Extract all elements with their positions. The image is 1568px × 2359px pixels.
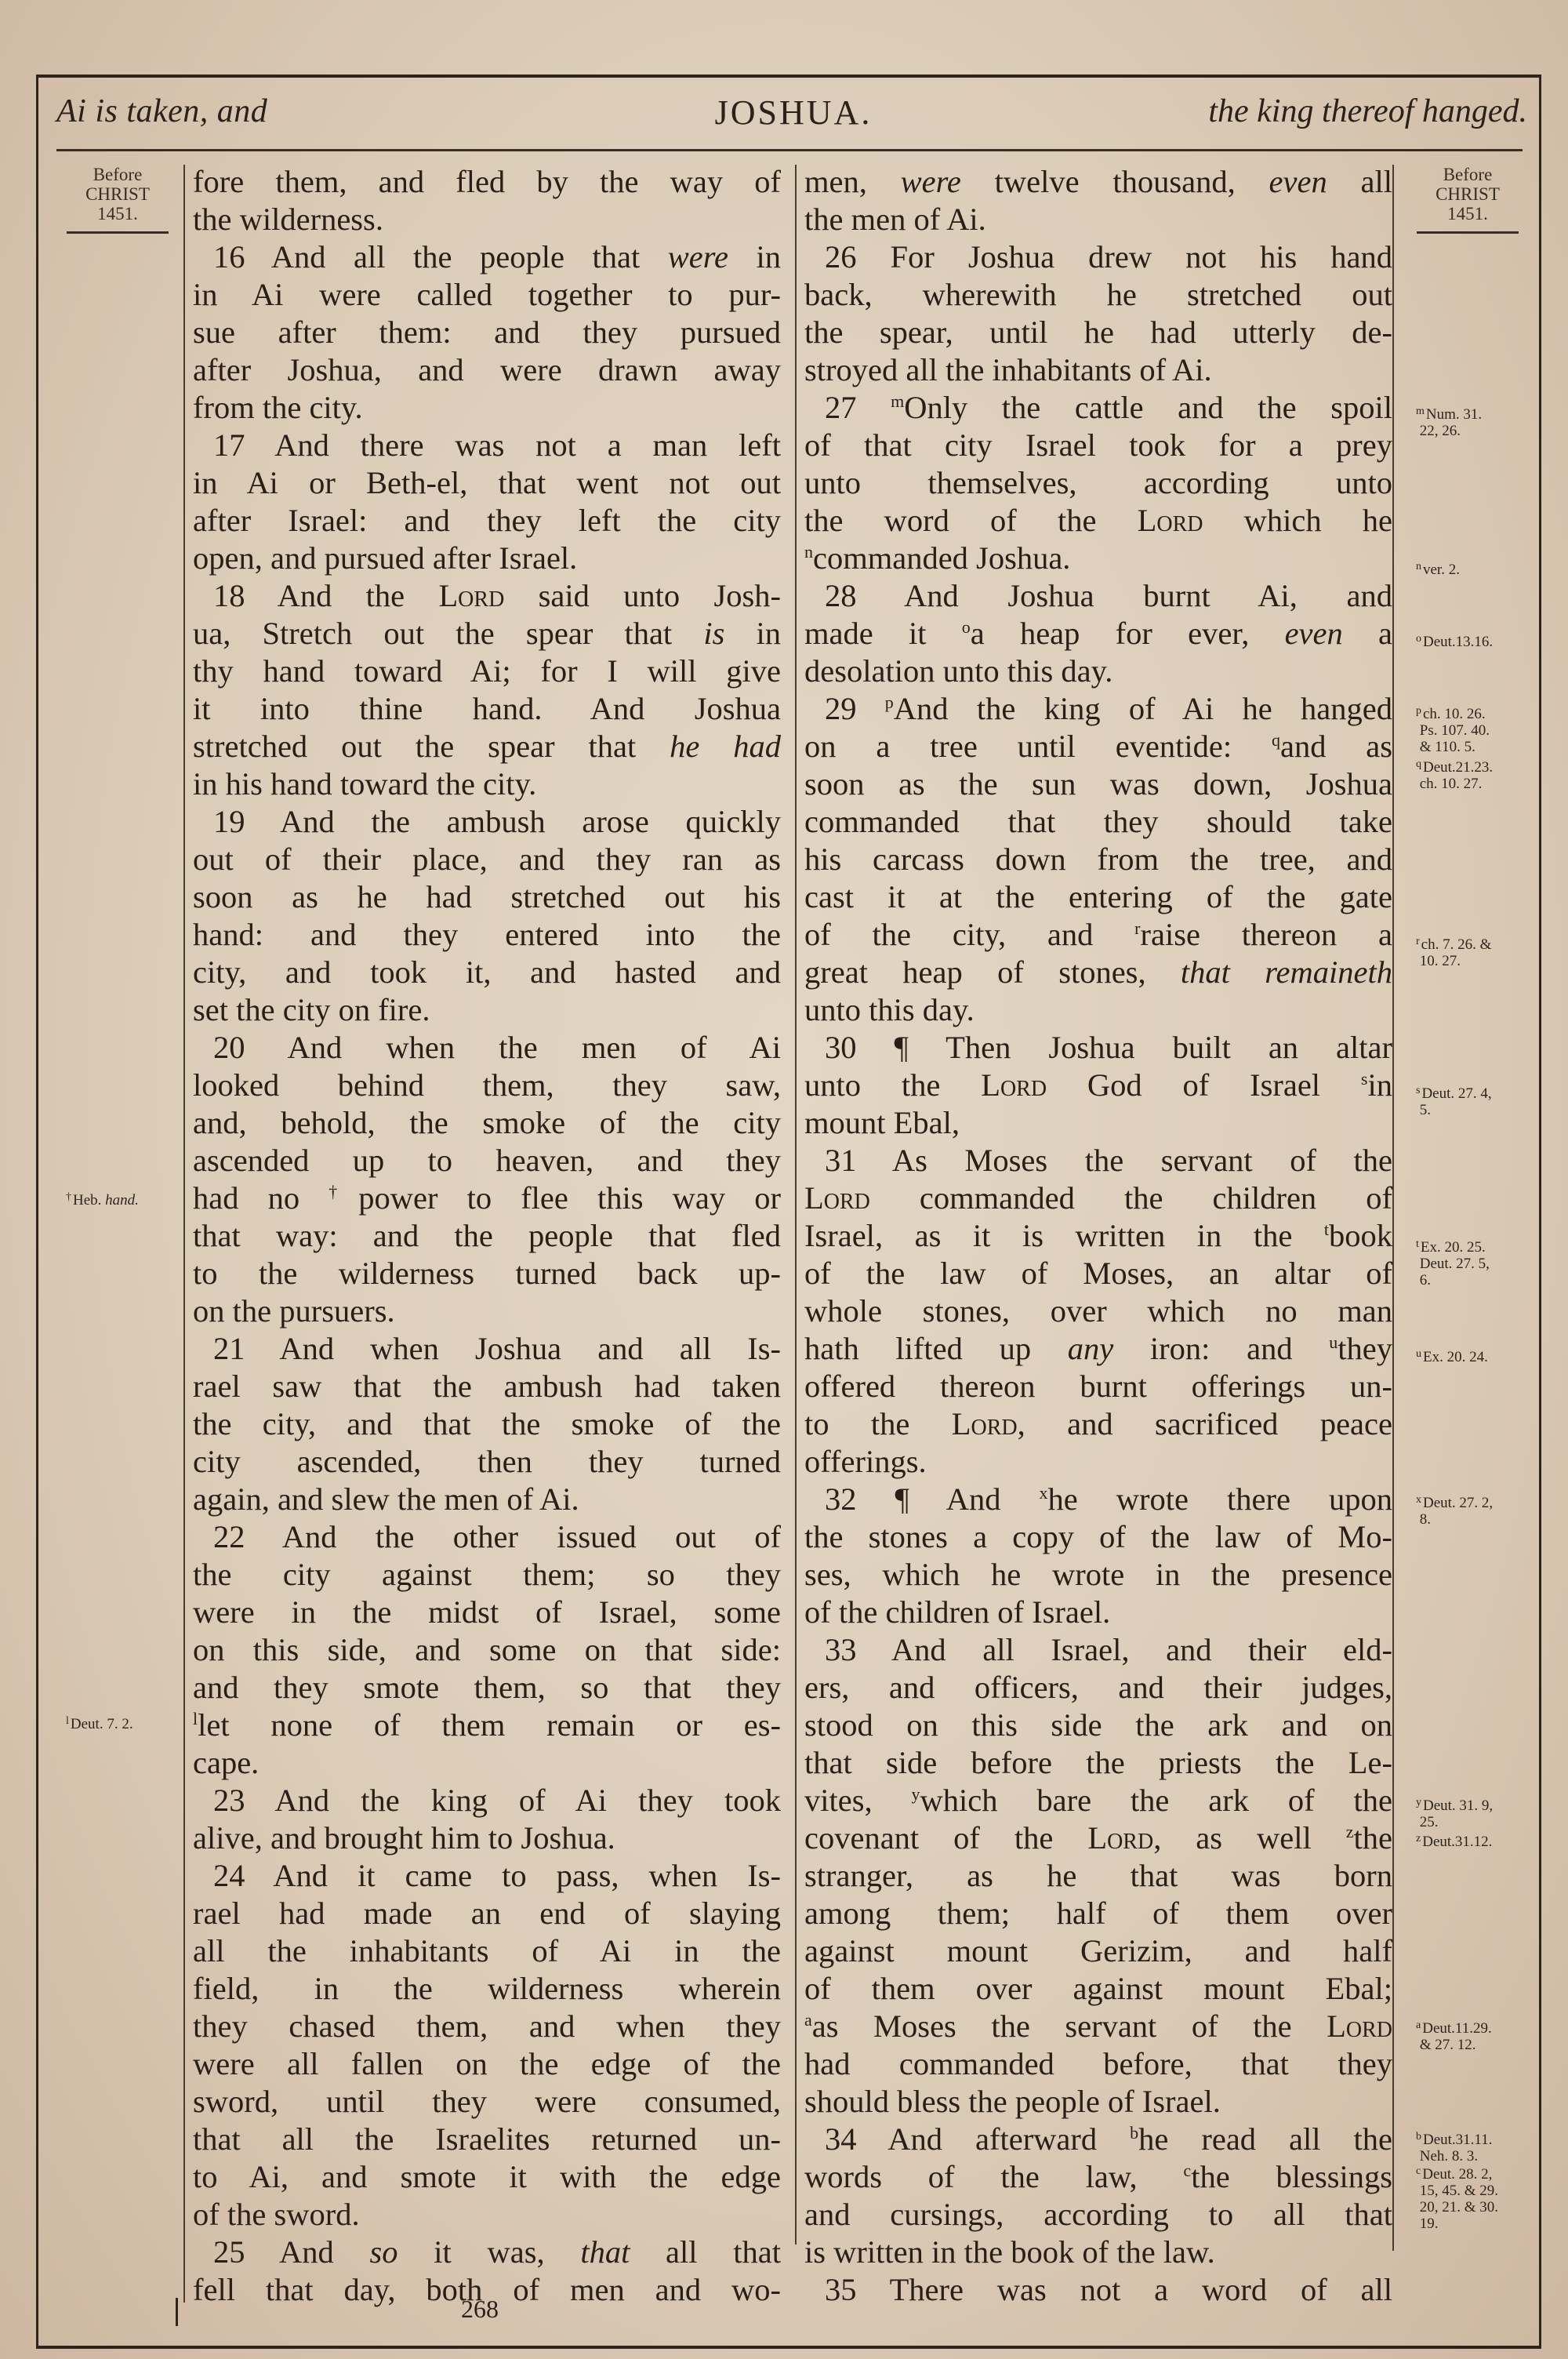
text-line: city ascended, then they turned bbox=[193, 1443, 781, 1481]
margin-note-right: tEx. 20. 25. Deut. 27. 5, 6. bbox=[1416, 1236, 1490, 1289]
text-segment: great heap of stones, bbox=[804, 954, 1181, 990]
text-segment: he had bbox=[670, 729, 781, 764]
text-segment: city ascended, then they turned bbox=[193, 1444, 781, 1479]
divider-center bbox=[795, 165, 797, 2245]
note-text: Ex. 20. 25. Deut. 27. 5, 6. bbox=[1416, 1239, 1490, 1289]
date-year: 1451. bbox=[55, 204, 180, 224]
text-line: 28 And Joshua burnt Ai, and bbox=[804, 577, 1392, 615]
text-segment: any bbox=[1068, 1331, 1113, 1366]
text-segment: Lord bbox=[1138, 503, 1203, 538]
text-line: soon as the sun was down, Joshua bbox=[804, 765, 1392, 803]
text-segment: were all fallen on the edge of the bbox=[193, 2046, 781, 2081]
text-segment: ua, Stretch out the spear that bbox=[193, 616, 703, 651]
margin-note-right: xDeut. 27. 2, 8. bbox=[1416, 1492, 1493, 1528]
text-segment: all that bbox=[630, 2234, 781, 2270]
text-line: offered thereon burnt offerings un- bbox=[804, 1368, 1392, 1405]
text-segment: 21 And when Joshua and all Is- bbox=[213, 1331, 781, 1366]
text-segment: back, wherewith he stretched out bbox=[804, 277, 1392, 312]
text-line: had commanded before, that they bbox=[804, 2045, 1392, 2083]
text-line: of that city Israel took for a prey bbox=[804, 427, 1392, 464]
text-line: in his hand toward the city. bbox=[193, 765, 781, 803]
header-rule bbox=[56, 149, 1523, 151]
text-segment: ers, and officers, and their judges, bbox=[804, 1670, 1392, 1705]
text-segment: whole stones, over which no man bbox=[804, 1293, 1392, 1329]
text-line: mount Ebal, bbox=[804, 1104, 1392, 1142]
reference-mark: b bbox=[1130, 2123, 1138, 2143]
text-segment: that remaineth bbox=[1181, 954, 1392, 990]
text-segment: the spear, until he had utterly de- bbox=[804, 314, 1392, 350]
text-line: of the law of Moses, an altar of bbox=[804, 1255, 1392, 1292]
text-segment: in Ai were called together to pur- bbox=[193, 277, 781, 312]
text-line: ncommanded Joshua. bbox=[804, 540, 1392, 577]
note-mark: p bbox=[1416, 705, 1421, 717]
text-segment: twelve thousand, bbox=[961, 164, 1269, 199]
text-line: had no †power to flee this way or bbox=[193, 1179, 781, 1217]
text-line: aas Moses the servant of the Lord bbox=[804, 2008, 1392, 2045]
text-line: 25 And so it was, that all that bbox=[193, 2234, 781, 2271]
text-segment: to the bbox=[804, 1406, 952, 1441]
note-text: Deut.31.11. Neh. 8. 3. bbox=[1416, 2132, 1492, 2165]
text-line: stretched out the spear that he had bbox=[193, 728, 781, 765]
text-line: city, and took it, and hasted and bbox=[193, 954, 781, 991]
text-line: commanded that they should take bbox=[804, 803, 1392, 841]
text-line: Israel, as it is written in the tbook bbox=[804, 1217, 1392, 1255]
text-segment: even bbox=[1269, 164, 1327, 199]
text-line: 30 ¶ Then Joshua built an altar bbox=[804, 1029, 1392, 1067]
text-line: alive, and brought him to Joshua. bbox=[193, 1819, 781, 1857]
text-line: they chased them, and when they bbox=[193, 2008, 781, 2045]
text-segment: made it bbox=[804, 616, 962, 651]
text-line: men, were twelve thousand, even all bbox=[804, 163, 1392, 201]
text-segment: 25 And bbox=[213, 2234, 369, 2270]
text-segment: and cursings, according to all that bbox=[804, 2197, 1392, 2232]
text-line: after Israel: and they left the city bbox=[193, 502, 781, 540]
text-segment: the word of the bbox=[804, 503, 1138, 538]
text-segment: the wilderness. bbox=[193, 202, 383, 237]
text-segment: soon as he had stretched out his bbox=[193, 879, 781, 914]
text-line: vites, ywhich bare the ark of the bbox=[804, 1782, 1392, 1819]
text-segment: men, bbox=[804, 164, 901, 199]
text-line: the spear, until he had utterly de- bbox=[804, 314, 1392, 351]
text-segment: which bare the ark of the bbox=[920, 1783, 1392, 1818]
text-segment: on a tree until eventide: bbox=[804, 729, 1272, 764]
text-line: cast it at the entering of the gate bbox=[804, 878, 1392, 916]
text-segment: of the city, and bbox=[804, 917, 1134, 952]
text-segment: covenant of the bbox=[804, 1820, 1087, 1856]
text-segment: book bbox=[1329, 1218, 1392, 1253]
text-segment: in Ai or Beth-el, that went not out bbox=[193, 465, 781, 500]
text-segment: 26 For Joshua drew not his hand bbox=[825, 239, 1392, 274]
left-margin: Before CHRIST 1451. bbox=[55, 165, 180, 2298]
text-segment: and as bbox=[1280, 729, 1392, 764]
text-line: ers, and officers, and their judges, bbox=[804, 1669, 1392, 1707]
margin-note-right: oDeut.13.16. bbox=[1416, 631, 1493, 650]
text-segment: 35 There was not a word of all bbox=[825, 2272, 1392, 2307]
reference-mark: a bbox=[804, 2010, 812, 2030]
text-line: and cursings, according to all that bbox=[804, 2196, 1392, 2234]
reference-mark: r bbox=[1134, 918, 1140, 938]
text-segment: mount Ebal, bbox=[804, 1105, 960, 1140]
text-line: 35 There was not a word of all bbox=[804, 2271, 1392, 2309]
text-segment: of them over against mount Ebal; bbox=[804, 1971, 1392, 2006]
text-segment: , and sacrificed peace bbox=[1018, 1406, 1392, 1441]
text-segment: 17 And there was not a man left bbox=[213, 427, 781, 463]
note-text: Deut. 28. 2, 15, 45. & 29. 20, 21. & 30.… bbox=[1416, 2166, 1498, 2232]
note-mark: q bbox=[1416, 758, 1421, 770]
text-line: great heap of stones, that remaineth bbox=[804, 954, 1392, 991]
text-segment: sword, until they were consumed, bbox=[193, 2084, 781, 2119]
text-segment: on this side, and some on that side: bbox=[193, 1632, 781, 1667]
text-segment: offered thereon burnt offerings un- bbox=[804, 1369, 1392, 1404]
margin-note-right: cDeut. 28. 2, 15, 45. & 29. 20, 21. & 30… bbox=[1416, 2163, 1498, 2232]
margin-note-right: pch. 10. 26. Ps. 107. 40. & 110. 5. bbox=[1416, 703, 1490, 755]
text-line: against mount Gerizim, and half bbox=[804, 1932, 1392, 1970]
margin-note-right: uEx. 20. 24. bbox=[1416, 1346, 1488, 1365]
text-segment: unto themselves, according unto bbox=[804, 465, 1392, 500]
text-segment: to the wilderness turned back up- bbox=[193, 1256, 781, 1291]
text-line: 18 And the Lord said unto Josh- bbox=[193, 577, 781, 615]
reference-mark: † bbox=[328, 1182, 358, 1201]
right-margin: Before CHRIST 1451. bbox=[1399, 165, 1537, 2298]
note-mark: o bbox=[1416, 633, 1421, 645]
text-segment: as Moses the servant of the bbox=[812, 2008, 1327, 2044]
note-text: Deut.13.16. bbox=[1423, 634, 1493, 650]
text-segment: his carcass down from the tree, and bbox=[804, 841, 1392, 877]
note-mark: y bbox=[1416, 1797, 1421, 1808]
text-segment: after Joshua, and were drawn away bbox=[193, 352, 781, 387]
text-segment: 18 And the bbox=[213, 578, 438, 613]
text-line: thy hand toward Ai; for I will give bbox=[193, 652, 781, 690]
text-segment: of the sword. bbox=[193, 2197, 360, 2232]
text-segment: that all the Israelites returned un- bbox=[193, 2121, 781, 2157]
text-line: 21 And when Joshua and all Is- bbox=[193, 1330, 781, 1368]
text-segment: had commanded before, that they bbox=[804, 2046, 1392, 2081]
note-text: Deut. 7. 2. bbox=[71, 1716, 133, 1732]
text-segment: God of Israel bbox=[1047, 1067, 1361, 1103]
text-segment: sue after them: and they pursued bbox=[193, 314, 781, 350]
text-segment: in bbox=[1367, 1067, 1392, 1103]
text-segment: raise thereon a bbox=[1141, 917, 1393, 952]
bible-page: Ai is taken, and JOSHUA. the king thereo… bbox=[0, 0, 1568, 2359]
text-line: 27 mOnly the cattle and the spoil bbox=[804, 389, 1392, 427]
note-text: Num. 31. 22, 26. bbox=[1416, 406, 1482, 439]
note-mark: l bbox=[66, 1715, 69, 1727]
running-head-right: the king thereof hanged. bbox=[1208, 93, 1527, 130]
text-line: 33 And all Israel, and their eld- bbox=[804, 1631, 1392, 1669]
text-line: on a tree until eventide: qand as bbox=[804, 728, 1392, 765]
reference-mark: o bbox=[962, 617, 971, 637]
text-line: to the wilderness turned back up- bbox=[193, 1255, 781, 1292]
text-segment: were in the midst of Israel, some bbox=[193, 1594, 781, 1630]
text-segment: the city against them; so they bbox=[193, 1557, 781, 1592]
date-before: Before bbox=[55, 165, 180, 184]
date-rule bbox=[1417, 231, 1519, 234]
text-segment: 31 As Moses the servant of the bbox=[825, 1143, 1392, 1178]
text-line: and they smote them, so that they bbox=[193, 1669, 781, 1707]
text-segment: said unto Josh- bbox=[504, 578, 781, 613]
text-segment: he read all the bbox=[1138, 2121, 1392, 2157]
text-line: should bless the people of Israel. bbox=[804, 2083, 1392, 2121]
text-line: cape. bbox=[193, 1744, 781, 1782]
text-line: 17 And there was not a man left bbox=[193, 427, 781, 464]
reference-mark: n bbox=[804, 542, 813, 562]
text-line: that all the Israelites returned un- bbox=[193, 2121, 781, 2158]
text-line: fore them, and fled by the way of bbox=[193, 163, 781, 201]
margin-note-right: zDeut.31.12. bbox=[1416, 1830, 1492, 1850]
text-line: after Joshua, and were drawn away bbox=[193, 351, 781, 389]
text-segment: 28 And Joshua burnt Ai, and bbox=[825, 578, 1392, 613]
text-segment: ascended up to heaven, and they bbox=[193, 1143, 781, 1178]
text-segment: cape. bbox=[193, 1745, 259, 1780]
text-line: whole stones, over which no man bbox=[804, 1292, 1392, 1330]
note-mark: x bbox=[1416, 1494, 1421, 1506]
reference-mark: p bbox=[885, 692, 894, 712]
note-mark: b bbox=[1416, 2131, 1421, 2143]
text-line: soon as he had stretched out his bbox=[193, 878, 781, 916]
text-line: were in the midst of Israel, some bbox=[193, 1594, 781, 1631]
text-line: unto this day. bbox=[804, 991, 1392, 1029]
text-line: field, in the wilderness wherein bbox=[193, 1970, 781, 2008]
text-segment: which he bbox=[1203, 503, 1392, 538]
text-segment: of the law of Moses, an altar of bbox=[804, 1256, 1392, 1291]
text-segment: all the inhabitants of Ai in the bbox=[193, 1933, 781, 1968]
text-segment: cast it at the entering of the gate bbox=[804, 879, 1392, 914]
text-segment: rael had made an end of slaying bbox=[193, 1896, 781, 1931]
text-line: looked behind them, they saw, bbox=[193, 1067, 781, 1104]
text-line: 31 As Moses the servant of the bbox=[804, 1142, 1392, 1179]
text-line: 19 And the ambush arose quickly bbox=[193, 803, 781, 841]
note-text: Deut.11.29. & 27. 12. bbox=[1416, 2020, 1492, 2053]
reference-mark: c bbox=[1183, 2161, 1191, 2180]
text-line: out of their place, and they ran as bbox=[193, 841, 781, 878]
running-head: Ai is taken, and JOSHUA. the king thereo… bbox=[56, 86, 1530, 141]
text-line: made it oa heap for ever, even a bbox=[804, 615, 1392, 652]
text-line: again, and slew the men of Ai. bbox=[193, 1481, 781, 1518]
text-line: on this side, and some on that side: bbox=[193, 1631, 781, 1669]
text-segment: unto this day. bbox=[804, 992, 975, 1027]
text-segment: the blessings bbox=[1191, 2159, 1392, 2194]
text-segment: 32 ¶ And bbox=[825, 1481, 1039, 1517]
text-segment: unto the bbox=[804, 1067, 981, 1103]
text-column-left: fore them, and fled by the way ofthe wil… bbox=[193, 163, 781, 2309]
signature-tick bbox=[176, 2298, 178, 2326]
note-text: Deut.21.23. ch. 10. 27. bbox=[1416, 759, 1493, 792]
date-box-left: Before CHRIST 1451. bbox=[55, 165, 180, 234]
text-line: hand: and they entered into the bbox=[193, 916, 781, 954]
text-line: the city, and that the smoke of the bbox=[193, 1405, 781, 1443]
text-segment: it was, bbox=[398, 2234, 581, 2270]
note-mark: m bbox=[1416, 405, 1425, 417]
text-segment: they chased them, and when they bbox=[193, 2008, 781, 2044]
text-line: among them; half of them over bbox=[804, 1895, 1392, 1932]
text-segment: were bbox=[668, 239, 728, 274]
text-line: sue after them: and they pursued bbox=[193, 314, 781, 351]
text-line: ua, Stretch out the spear that is in bbox=[193, 615, 781, 652]
text-line: 32 ¶ And xhe wrote there upon bbox=[804, 1481, 1392, 1518]
text-line: from the city. bbox=[193, 389, 781, 427]
text-segment: 27 bbox=[825, 390, 891, 425]
reference-mark: x bbox=[1039, 1483, 1047, 1503]
text-line: the city against them; so they bbox=[193, 1556, 781, 1594]
text-line: were all fallen on the edge of the bbox=[193, 2045, 781, 2083]
note-mark: r bbox=[1416, 936, 1420, 947]
text-segment: the city, and that the smoke of the bbox=[193, 1406, 781, 1441]
text-segment: hath lifted up bbox=[804, 1331, 1068, 1366]
date-year: 1451. bbox=[1399, 204, 1537, 224]
margin-note-left: lDeut. 7. 2. bbox=[66, 1713, 133, 1732]
text-segment: all bbox=[1327, 164, 1392, 199]
text-line: his carcass down from the tree, and bbox=[804, 841, 1392, 878]
text-segment: Lord bbox=[438, 578, 504, 613]
text-segment: 22 And the other issued out of bbox=[213, 1519, 781, 1554]
text-segment: stroyed all the inhabitants of Ai. bbox=[804, 352, 1212, 387]
text-line: 22 And the other issued out of bbox=[193, 1518, 781, 1556]
text-segment: should bless the people of Israel. bbox=[804, 2084, 1221, 2119]
text-line: 34 And afterward bhe read all the bbox=[804, 2121, 1392, 2158]
text-segment: thy hand toward Ai; for I will give bbox=[193, 653, 781, 689]
text-segment: alive, and brought him to Joshua. bbox=[193, 1820, 615, 1856]
text-segment: ses, which he wrote in the presence bbox=[804, 1557, 1392, 1592]
text-line: ses, which he wrote in the presence bbox=[804, 1556, 1392, 1594]
text-segment: even bbox=[1285, 616, 1343, 651]
text-line: 26 For Joshua drew not his hand bbox=[804, 238, 1392, 276]
text-segment: Lord bbox=[981, 1067, 1047, 1103]
text-line: of the sword. bbox=[193, 2196, 781, 2234]
text-line: 20 And when the men of Ai bbox=[193, 1029, 781, 1067]
margin-note-left: †Heb. hand. bbox=[66, 1189, 139, 1209]
reference-mark: y bbox=[912, 1784, 920, 1804]
margin-note-right: bDeut.31.11. Neh. 8. 3. bbox=[1416, 2128, 1492, 2165]
text-segment: city, and took it, and hasted and bbox=[193, 954, 781, 990]
note-text: ver. 2. bbox=[1423, 562, 1460, 578]
text-segment: stood on this side the ark and on bbox=[804, 1707, 1392, 1743]
text-segment: in his hand toward the city. bbox=[193, 766, 536, 801]
text-segment: a heap for ever, bbox=[971, 616, 1285, 651]
text-line: desolation unto this day. bbox=[804, 652, 1392, 690]
margin-note-right: sDeut. 27. 4, 5. bbox=[1416, 1082, 1492, 1118]
text-line: stranger, as he that was born bbox=[804, 1857, 1392, 1895]
margin-note-right: nver. 2. bbox=[1416, 558, 1460, 578]
text-line: back, wherewith he stretched out bbox=[804, 276, 1392, 314]
text-column-right: men, were twelve thousand, even allthe m… bbox=[804, 163, 1392, 2309]
margin-note-right: qDeut.21.23. ch. 10. 27. bbox=[1416, 756, 1493, 792]
text-line: it into thine hand. And Joshua bbox=[193, 690, 781, 728]
text-segment: 16 And all the people that bbox=[213, 239, 668, 274]
text-segment: Lord bbox=[804, 1180, 870, 1216]
note-mark: a bbox=[1416, 2019, 1421, 2031]
text-segment: set the city on fire. bbox=[193, 992, 430, 1027]
text-line: of the children of Israel. bbox=[804, 1594, 1392, 1631]
text-segment: 24 And it came to pass, when Is- bbox=[213, 1858, 781, 1893]
text-segment: is bbox=[703, 616, 724, 651]
text-line: sword, until they were consumed, bbox=[193, 2083, 781, 2121]
text-line: that way: and the people that fled bbox=[193, 1217, 781, 1255]
text-segment: is written in the book of the law. bbox=[804, 2234, 1215, 2270]
text-line: hath lifted up any iron: and uthey bbox=[804, 1330, 1392, 1368]
date-christ: CHRIST bbox=[55, 184, 180, 204]
text-segment: power to flee this way or bbox=[358, 1180, 781, 1216]
text-segment: fore them, and fled by the way of bbox=[193, 164, 781, 199]
date-box-right: Before CHRIST 1451. bbox=[1399, 165, 1537, 234]
text-line: unto themselves, according unto bbox=[804, 464, 1392, 502]
text-segment: 23 And the king of Ai they took bbox=[213, 1783, 781, 1818]
text-line: 16 And all the people that were in bbox=[193, 238, 781, 276]
note-text: Deut. 31. 9, 25. bbox=[1416, 1797, 1493, 1830]
date-christ: CHRIST bbox=[1399, 184, 1537, 204]
margin-note-right: yDeut. 31. 9, 25. bbox=[1416, 1794, 1493, 1830]
margin-note-right: mNum. 31. 22, 26. bbox=[1416, 403, 1482, 439]
text-line: the men of Ai. bbox=[804, 201, 1392, 238]
text-line: 23 And the king of Ai they took bbox=[193, 1782, 781, 1819]
text-segment: out of their place, and they ran as bbox=[193, 841, 781, 877]
reference-mark: m bbox=[891, 391, 904, 411]
text-line: that side before the priests the Le- bbox=[804, 1744, 1392, 1782]
text-segment: 30 ¶ Then Joshua built an altar bbox=[825, 1030, 1392, 1065]
text-segment: a bbox=[1343, 616, 1392, 651]
text-line: on the pursuers. bbox=[193, 1292, 781, 1330]
text-segment: Israel, as it is written in the bbox=[804, 1218, 1324, 1253]
text-segment: Only the cattle and the spoil bbox=[904, 390, 1392, 425]
text-segment: Lord bbox=[952, 1406, 1018, 1441]
text-segment: the men of Ai. bbox=[804, 202, 986, 237]
text-line: of them over against mount Ebal; bbox=[804, 1970, 1392, 2008]
text-segment: after Israel: and they left the city bbox=[193, 503, 781, 538]
text-segment: hand: and they entered into the bbox=[193, 917, 781, 952]
note-text: Ex. 20. 24. bbox=[1423, 1349, 1488, 1365]
text-line: 24 And it came to pass, when Is- bbox=[193, 1857, 781, 1895]
reference-mark: q bbox=[1272, 730, 1280, 750]
text-segment: and they smote them, so that they bbox=[193, 1670, 781, 1705]
text-segment: the stones a copy of the law of Mo- bbox=[804, 1519, 1392, 1554]
text-segment: field, in the wilderness wherein bbox=[193, 1971, 781, 2006]
text-segment: soon as the sun was down, Joshua bbox=[804, 766, 1392, 801]
text-segment: 20 And when the men of Ai bbox=[213, 1030, 781, 1065]
text-line: and, behold, the smoke of the city bbox=[193, 1104, 781, 1142]
reference-mark: u bbox=[1329, 1332, 1338, 1352]
text-segment: that way: and the people that fled bbox=[193, 1218, 781, 1253]
text-segment: so bbox=[369, 2234, 397, 2270]
text-segment: looked behind them, they saw, bbox=[193, 1067, 781, 1103]
text-segment: of that city Israel took for a prey bbox=[804, 427, 1392, 463]
text-segment: stretched out the spear that bbox=[193, 729, 670, 764]
reference-mark: z bbox=[1346, 1822, 1354, 1841]
text-segment: and, behold, the smoke of the city bbox=[193, 1105, 781, 1140]
text-segment: of the children of Israel. bbox=[804, 1594, 1110, 1630]
text-line: is written in the book of the law. bbox=[804, 2234, 1392, 2271]
date-before: Before bbox=[1399, 165, 1537, 184]
note-text: Deut. 27. 4, 5. bbox=[1416, 1085, 1492, 1118]
text-segment: he wrote there upon bbox=[1047, 1481, 1392, 1517]
text-segment: 19 And the ambush arose quickly bbox=[213, 804, 781, 839]
text-segment: desolation unto this day. bbox=[804, 653, 1112, 689]
text-segment: offerings. bbox=[804, 1444, 927, 1479]
text-segment: that bbox=[580, 2234, 630, 2270]
text-line: rael had made an end of slaying bbox=[193, 1895, 781, 1932]
text-line: in Ai were called together to pur- bbox=[193, 276, 781, 314]
text-segment: on the pursuers. bbox=[193, 1293, 395, 1329]
text-segment: open, and pursued after Israel. bbox=[193, 540, 577, 576]
divider-right-margin bbox=[1392, 165, 1394, 2251]
note-mark: t bbox=[1416, 1238, 1419, 1250]
text-segment: Lord bbox=[1327, 2008, 1392, 2044]
text-segment: rael saw that the ambush had taken bbox=[193, 1369, 781, 1404]
note-mark: z bbox=[1416, 1833, 1421, 1845]
text-segment: let none of them remain or es- bbox=[198, 1707, 781, 1743]
text-line: to the Lord, and sacrificed peace bbox=[804, 1405, 1392, 1443]
note-text: Deut.31.12. bbox=[1422, 1834, 1492, 1850]
margin-note-right: aDeut.11.29. & 27. 12. bbox=[1416, 2017, 1492, 2053]
divider-left-margin bbox=[183, 165, 185, 2303]
